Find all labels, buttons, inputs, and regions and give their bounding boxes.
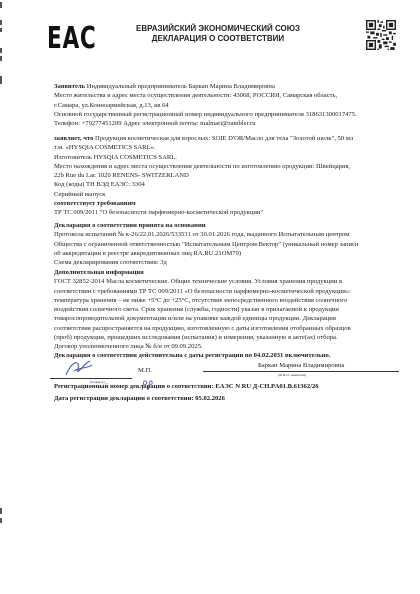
manufacturer: Изготовитель HYSQIA COSMETICS SARL. [54,153,400,162]
tn-ved-code: Код (коды) ТН ВЭД ЕАЭС: 3304 [54,180,400,189]
edge-mark [0,76,2,84]
edge-mark [0,28,2,32]
additional-info-line: соответствии с требованиями ТР ТС 009/20… [54,287,400,296]
additional-info-line: воздействия солнечного света. Срок хране… [54,305,400,314]
requirements-value: ТР ТС 009/2011 "О безопасности парфюмерн… [54,208,400,217]
applicant-full-name: Баркан Марина Владимировна [258,361,398,370]
eac-logo: EAC [47,23,96,55]
applicant-ogrnip: Основной государственный регистрационный… [54,110,400,119]
qr-code-icon [366,20,396,50]
additional-info-line: соответствия распространяется на продукц… [54,324,400,333]
product-section: заявляет, что Продукция косметическая дл… [54,134,400,218]
edge-mark [0,48,2,53]
declares-label: заявляет, что [54,135,93,142]
applicant-address-line1: Место жительства и адрес места осуществл… [54,91,400,100]
signature-line [50,378,132,379]
edge-mark [0,518,2,523]
requirements-label: соответствует требованиям [54,199,400,208]
edge-mark [0,508,2,514]
additional-info-section: Дополнительная информация ГОСТ 32852-201… [54,268,400,352]
name-caption: (Ф.И.О. заявителя) [278,373,306,377]
product-name: Продукция косметическая для взрослых: SO… [93,135,353,142]
basis-line1: Протокола испытаний № к-26/22.01.2026/53… [54,230,400,239]
basis-line3: об аккредитации в реестре аккредитованны… [54,249,400,258]
header-union-title: ЕВРАЗИЙСКИЙ ЭКОНОМИЧЕСКИЙ СОЮЗ [118,24,318,34]
product-trademark: т.м. «HYSQIA COSMETICS SARL». [54,143,400,152]
declaration-scheme: Схема декларирования соответствия: 3д [54,258,400,267]
additional-info-line: (проб) продукции, прошедших исследования… [54,333,400,342]
stamp-label: М.П. [138,366,168,375]
edge-mark [0,2,2,8]
edge-mark [0,20,2,25]
registration-number: Регистрационный номер декларации о соотв… [54,382,400,391]
applicant-contacts: Телефон: +79277451209 Адрес электронной … [54,119,400,128]
document-header: ЕВРАЗИЙСКИЙ ЭКОНОМИЧЕСКИЙ СОЮЗ ДЕКЛАРАЦИ… [118,24,318,44]
applicant-label: Заявитель [54,83,85,90]
basis-line2: Общества с ограниченной ответственностью… [54,240,400,249]
additional-info-line: ГОСТ 32852-2014 Масла косметические. Общ… [54,277,400,286]
name-line [203,371,399,372]
additional-info-line: температура хранения – не ниже +5°С до +… [54,296,400,305]
registration-date: Дата регистрации декларации о соответств… [54,394,400,403]
header-declaration-title: ДЕКЛАРАЦИЯ О СООТВЕТСТВИИ [118,34,318,44]
manufacturer-address-line1: Место нахождения и адрес места осуществл… [54,162,400,171]
applicant-value: Индивидуальный предприниматель Баркан Ма… [85,83,275,90]
additional-info-line: товаросопроводительной документации и/ил… [54,314,400,323]
manufacturer-address-line2: 22b Rue du Lac 1020 RENENS- SWITZERLAND [54,171,400,180]
edge-mark [0,56,2,61]
applicant-address-line2: г.Самара, ул.Конноармейская, д.13, кв.64 [54,101,400,110]
basis-section: Декларация о соответствии принята на осн… [54,221,400,267]
series-type: Серийный выпуск [54,190,400,199]
validity-statement: Декларация о соответствии действительна … [54,351,400,360]
additional-info-label: Дополнительная информация [54,268,400,277]
signature-icon [62,357,98,379]
applicant-section: Заявитель Индивидуальный предприниматель… [54,82,400,128]
basis-label: Декларация о соответствии принята на осн… [54,221,400,230]
